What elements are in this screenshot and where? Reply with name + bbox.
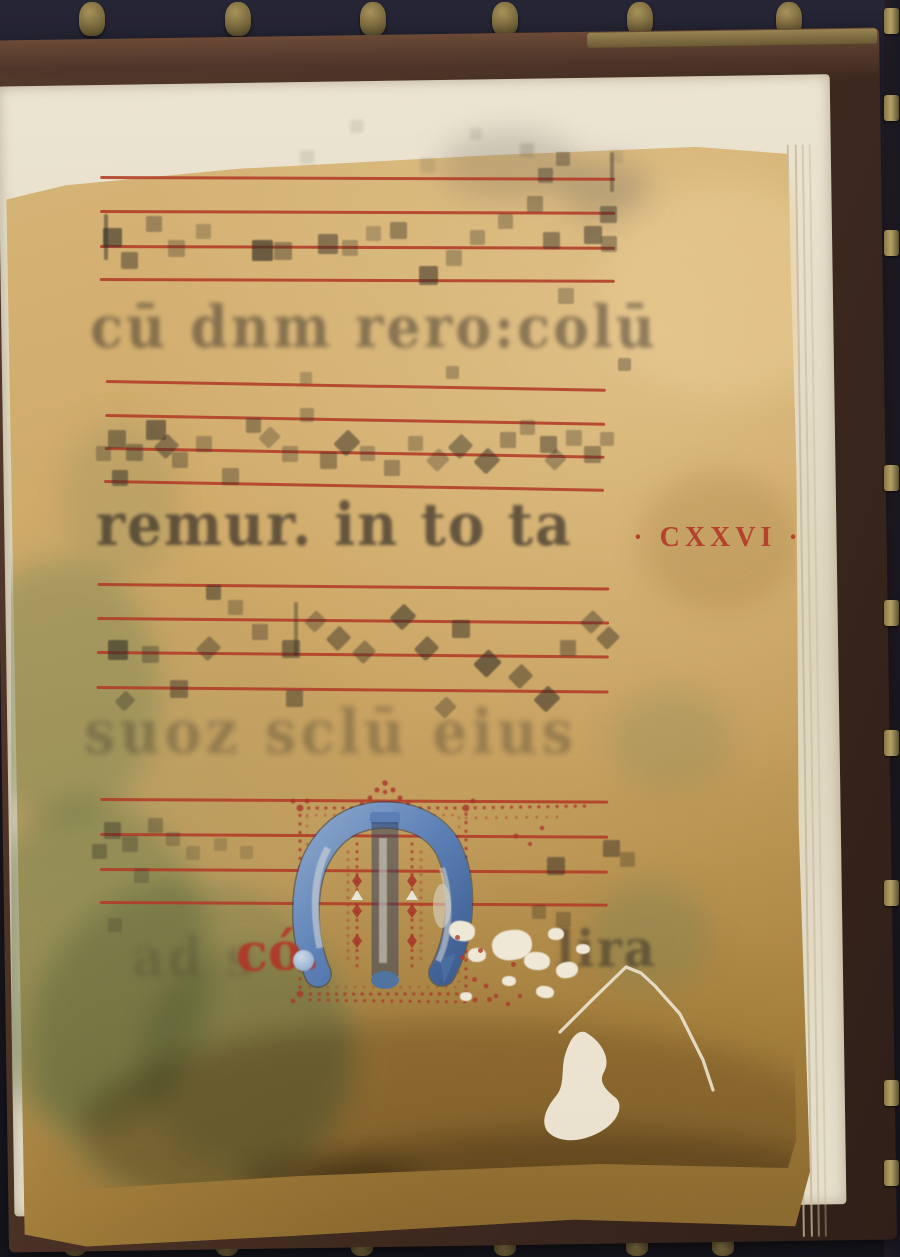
binding-boss-top bbox=[225, 2, 251, 36]
paint-flake bbox=[502, 976, 516, 986]
paint-flake bbox=[576, 944, 590, 954]
flake-layer bbox=[0, 0, 900, 1257]
binding-boss-top bbox=[79, 2, 105, 36]
paint-flake bbox=[468, 948, 486, 962]
filigree-dot bbox=[487, 997, 492, 1002]
filigree-dot bbox=[460, 955, 465, 960]
binding-boss-top bbox=[360, 2, 386, 36]
filigree-dot bbox=[455, 935, 460, 940]
binding-boss-bottom bbox=[712, 1240, 734, 1256]
filigree-dot bbox=[511, 962, 516, 967]
paint-flake bbox=[555, 960, 579, 980]
page-content-layer: · CXXVI · cū dnm rero:colūremur. in to t… bbox=[0, 0, 900, 1257]
binding-boss-top bbox=[492, 2, 518, 36]
filigree-dot bbox=[478, 948, 483, 953]
paint-flake bbox=[447, 919, 476, 943]
paint-flake bbox=[460, 992, 472, 1001]
paint-flake bbox=[535, 985, 554, 999]
manuscript-photograph: · CXXVI · cū dnm rero:colūremur. in to t… bbox=[0, 0, 900, 1257]
paint-flake bbox=[523, 951, 550, 971]
filigree-dot bbox=[472, 977, 477, 982]
paint-flake bbox=[548, 928, 564, 940]
